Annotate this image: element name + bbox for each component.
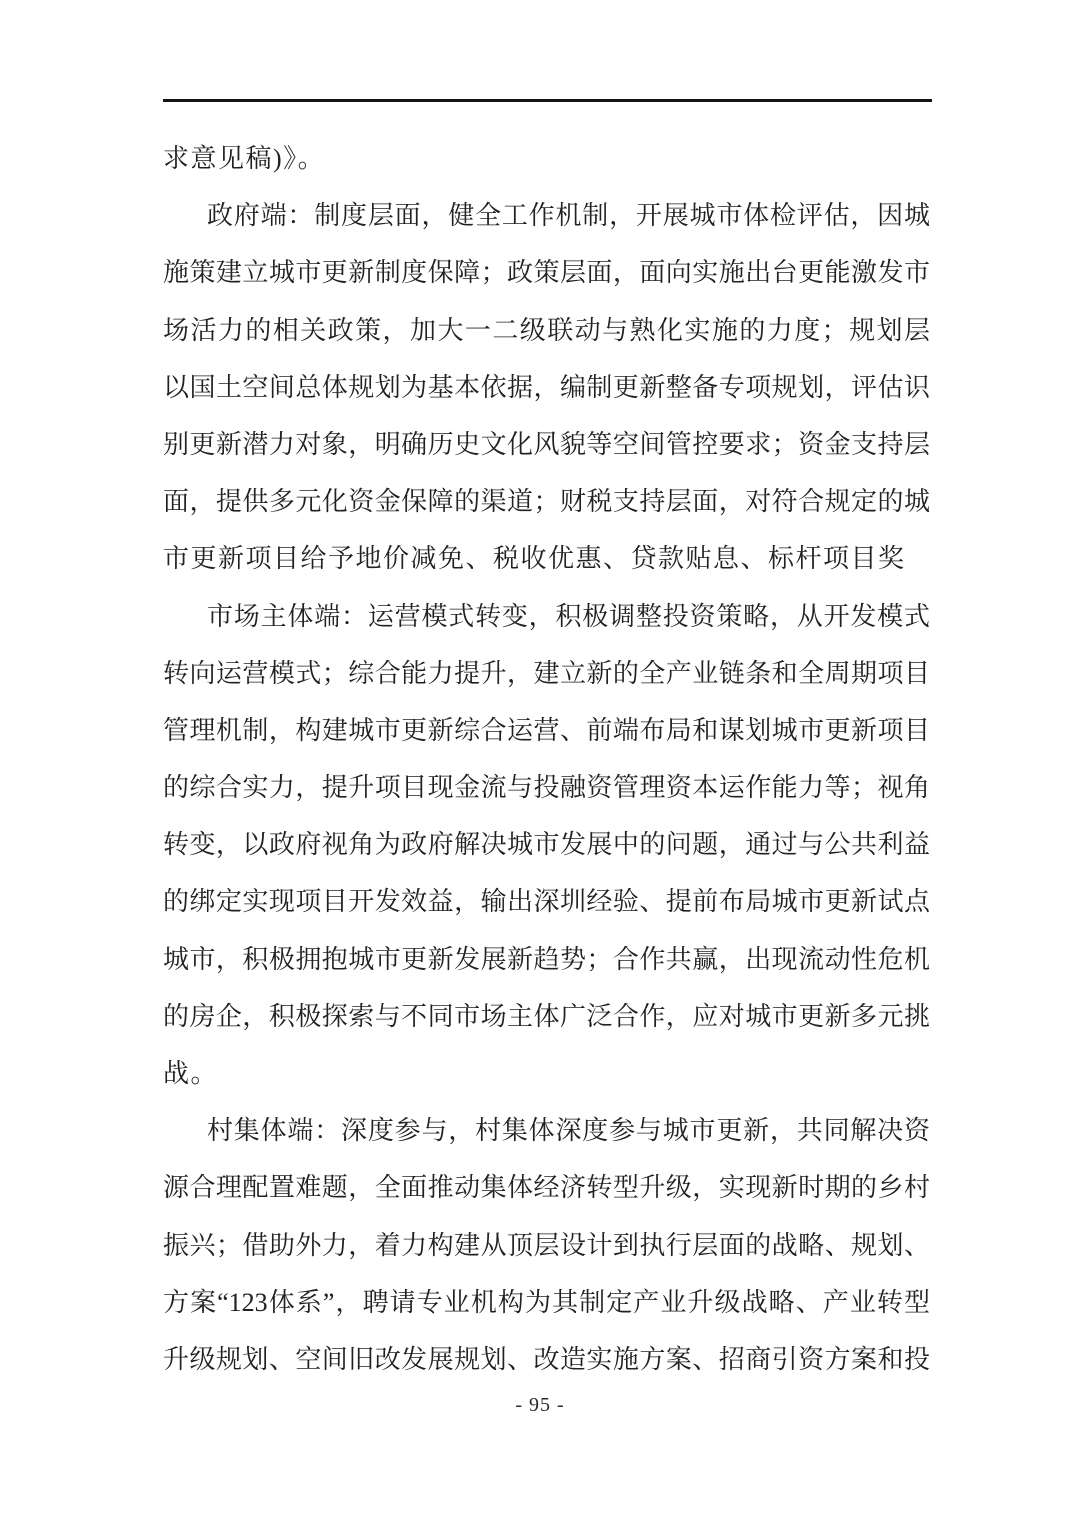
text-line: 源合理配置难题，全面推动集体经济转型升级，实现新时期的乡村 (163, 1159, 930, 1216)
text-line: 市场主体端：运营模式转变，积极调整投资策略，从开发模式 (163, 588, 930, 645)
text-line: 的绑定实现项目开发效益，输出深圳经验、提前布局城市更新试点 (163, 873, 930, 930)
text-line: 以国土空间总体规划为基本依据，编制更新整备专项规划，评估识 (163, 359, 930, 416)
text-line: 场活力的相关政策，加大一二级联动与熟化实施的力度；规划层面， (163, 302, 930, 359)
text-line: 城市，积极拥抱城市更新发展新趋势；合作共赢，出现流动性危机 (163, 931, 930, 988)
text-line: 转变，以政府视角为政府解决城市发展中的问题，通过与公共利益 (163, 816, 930, 873)
text-line: 市更新项目给予地价减免、税收优惠、贷款贴息、标杆项目奖补。 (163, 530, 930, 587)
text-line: 管理机制，构建城市更新综合运营、前端布局和谋划城市更新项目 (163, 702, 930, 759)
header-rule (163, 99, 932, 102)
text-line: 转向运营模式；综合能力提升，建立新的全产业链条和全周期项目 (163, 645, 930, 702)
text-line: 施策建立城市更新制度保障；政策层面，面向实施出台更能激发市 (163, 244, 930, 301)
text-line: 战。 (163, 1045, 930, 1102)
body-text: 求意见稿)》。 政府端：制度层面，健全工作机制，开展城市体检评估，因城 施策建立… (163, 130, 930, 1388)
text-line: 别更新潜力对象，明确历史文化风貌等空间管控要求；资金支持层 (163, 416, 930, 473)
text-line: 的综合实力，提升项目现金流与投融资管理资本运作能力等；视角 (163, 759, 930, 816)
text-line: 的房企，积极探索与不同市场主体广泛合作，应对城市更新多元挑 (163, 988, 930, 1045)
text-line: 面，提供多元化资金保障的渠道；财税支持层面，对符合规定的城 (163, 473, 930, 530)
text-line: 村集体端：深度参与，村集体深度参与城市更新，共同解决资 (163, 1102, 930, 1159)
document-page: 求意见稿)》。 政府端：制度层面，健全工作机制，开展城市体检评估，因城 施策建立… (0, 0, 1080, 1528)
text-line: 方案“123体系”，聘请专业机构为其制定产业升级战略、产业转型 (163, 1274, 930, 1331)
text-line: 求意见稿)》。 (163, 130, 930, 187)
text-line: 政府端：制度层面，健全工作机制，开展城市体检评估，因城 (163, 187, 930, 244)
text-line: 振兴；借助外力，着力构建从顶层设计到执行层面的战略、规划、 (163, 1217, 930, 1274)
page-number: - 95 - (0, 1394, 1080, 1417)
text-line: 升级规划、空间旧改发展规划、改造实施方案、招商引资方案和投 (163, 1331, 930, 1388)
